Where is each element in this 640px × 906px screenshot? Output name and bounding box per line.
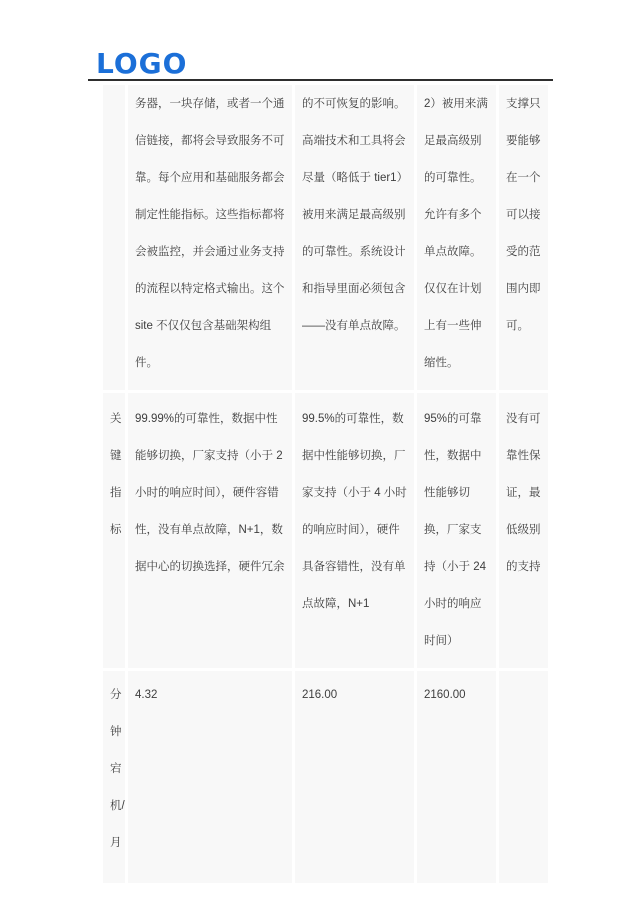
table-cell-tier4-downtime bbox=[499, 671, 548, 883]
table-row-key-metrics: 关键指标 99.99%的可靠性，数据中性能够切换，厂家支持（小于 2 小时的响应… bbox=[103, 393, 548, 668]
logo: LOGO bbox=[96, 47, 187, 80]
table-cell-tier3-metrics: 95%的可靠性，数据中性能够切换，厂家支持（小于 24 小时的响应时间） bbox=[417, 393, 496, 668]
table-cell-tier2-description: 的不可恢复的影响。高端技术和工具将会尽量（略低于 tier1）被用来满足最高级别… bbox=[295, 85, 414, 390]
table-cell-tier1-description: 务器，一块存储，或者一个通信链接，都将会导致服务不可靠。每个应用和基础服务都会制… bbox=[128, 85, 292, 390]
header-rule bbox=[88, 79, 553, 81]
table-cell-tier4-description: 支撑只要能够在一个可以接受的范围内即可。 bbox=[499, 85, 548, 390]
reliability-tier-table: 务器，一块存储，或者一个通信链接，都将会导致服务不可靠。每个应用和基础服务都会制… bbox=[100, 82, 551, 886]
table-row-continuation: 务器，一块存储，或者一个通信链接，都将会导致服务不可靠。每个应用和基础服务都会制… bbox=[103, 85, 548, 390]
document-page: LOGO 务器，一块存储，或者一个通信链接，都将会导致服务不可靠。每个应用和基础… bbox=[0, 0, 640, 906]
row-header-cell: 关键指标 bbox=[103, 393, 125, 668]
table-cell-tier2-metrics: 99.5%的可靠性，数据中性能够切换，厂家支持（小于 4 小时的响应时间），硬件… bbox=[295, 393, 414, 668]
table-cell-tier4-metrics: 没有可靠性保证，最低级别的支持 bbox=[499, 393, 548, 668]
table-cell-tier3-description: 2）被用来满足最高级别的可靠性。允许有多个单点故障。仅仅在计划上有一些伸缩性。 bbox=[417, 85, 496, 390]
row-header-cell bbox=[103, 85, 125, 390]
table-cell-tier2-downtime: 216.00 bbox=[295, 671, 414, 883]
table-cell-tier1-downtime: 4.32 bbox=[128, 671, 292, 883]
table-row-downtime-per-month: 分钟宕机/月 4.32 216.00 2160.00 bbox=[103, 671, 548, 883]
row-header-cell: 分钟宕机/月 bbox=[103, 671, 125, 883]
table-cell-tier1-metrics: 99.99%的可靠性，数据中性能够切换，厂家支持（小于 2 小时的响应时间），硬… bbox=[128, 393, 292, 668]
table-cell-tier3-downtime: 2160.00 bbox=[417, 671, 496, 883]
